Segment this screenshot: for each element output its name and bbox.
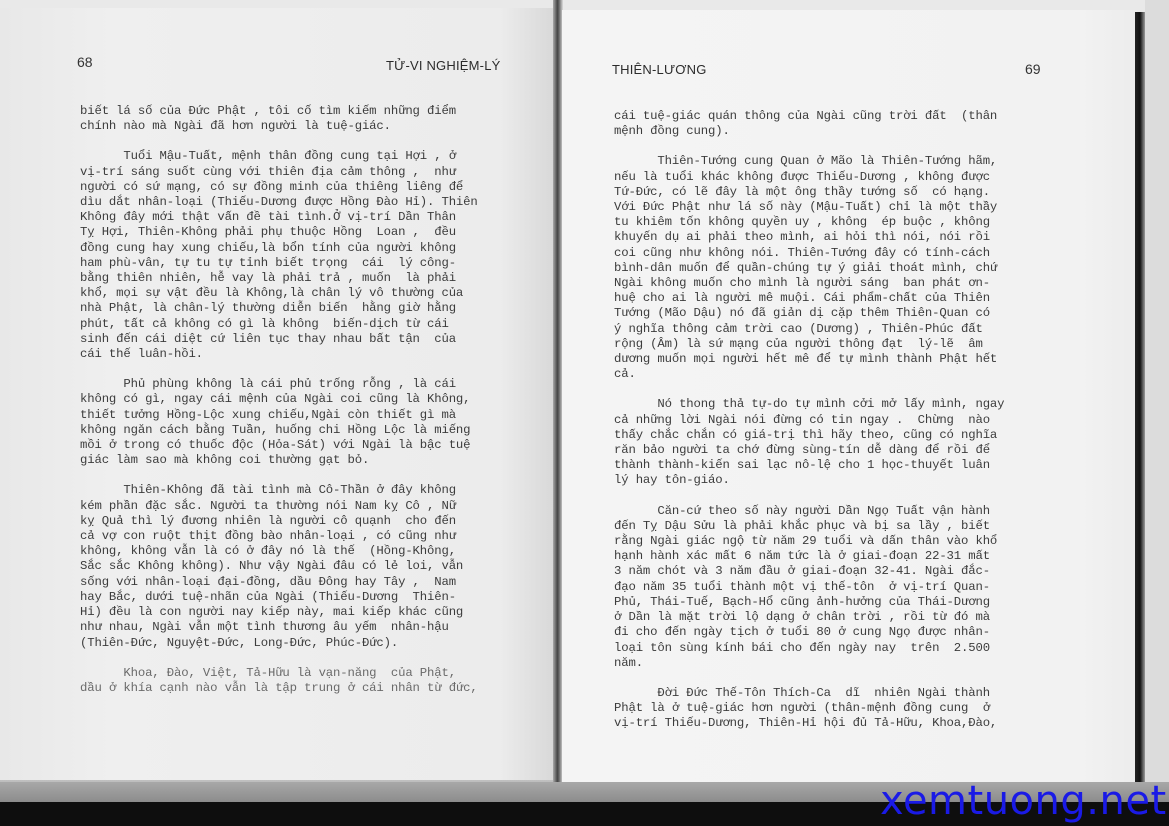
text-line: Sắc sắc Không không). Như vậy Ngài đâu c… bbox=[80, 559, 478, 574]
paragraph: Khoa, Đào, Việt, Tả-Hữu là vạn-năng của … bbox=[80, 666, 478, 696]
text-line: ham phù-vân, tự tu tự tỉnh biết trọng cá… bbox=[80, 256, 478, 271]
text-line: Khoa, Đào, Việt, Tả-Hữu là vạn-năng của … bbox=[80, 666, 478, 681]
text-line: đến Tỵ Dậu Sửu là phải khắc phục và bị s… bbox=[614, 519, 1004, 534]
text-line: tu khiêm tốn không quyền uy , không ép b… bbox=[614, 215, 1004, 230]
paragraph: biết lá số của Đức Phật , tôi cố tìm kiế… bbox=[80, 104, 478, 134]
text-line: lý hay tôn-giáo. bbox=[614, 473, 1004, 488]
text-line: rộng (Âm) là sứ mạng của người thông đạt… bbox=[614, 337, 1004, 352]
text-line: vị-trí sáng suốt cùng với thiên địa cảm … bbox=[80, 165, 478, 180]
paragraph: Nó thong thả tự-do tự mình cởi mở lấy mì… bbox=[614, 397, 1004, 488]
text-line: không, không vẫn là có ở đây nó là thế (… bbox=[80, 544, 478, 559]
text-line: Đời Đức Thế-Tôn Thích-Ca dĩ nhiên Ngài t… bbox=[614, 686, 1004, 701]
text-line: sống với nhân-loại đại-đồng, dầu Đông ha… bbox=[80, 575, 478, 590]
text-line: biết lá số của Đức Phật , tôi cố tìm kiế… bbox=[80, 104, 478, 119]
text-line: giác làm sao mà không coi thường gạt bỏ. bbox=[80, 453, 478, 468]
paragraph: Thiên-Tướng cung Quan ở Mão là Thiên-Tướ… bbox=[614, 154, 1004, 382]
text-line: huệ cho ai là người mê muội. Cái phẩm-ch… bbox=[614, 291, 1004, 306]
text-line: thấy chắc chắn có giá-trị thì hãy theo, … bbox=[614, 428, 1004, 443]
text-line: hay Bắc, dưới tuệ-nhãn của Ngài (Thiếu-D… bbox=[80, 590, 478, 605]
text-line: chính nào mà Ngài đã hơn người là tuệ-gi… bbox=[80, 119, 478, 134]
text-line: Tỵ Hợi, Thiên-Không phải phụ thuộc Hồng … bbox=[80, 225, 478, 240]
text-line: Phật là ở tuệ-giác hơn người (thân-mệnh … bbox=[614, 701, 1004, 716]
paragraph: Căn-cứ theo số này người Dần Ngọ Tuất vậ… bbox=[614, 504, 1004, 671]
left-running-head: TỬ-VI NGHIỆM-LÝ bbox=[386, 58, 501, 73]
text-line: Với Đức Phật như lá số này (Mậu-Tuất) ch… bbox=[614, 200, 1004, 215]
text-line: không có gì, ngay cái mệnh của Ngài coi … bbox=[80, 392, 478, 407]
text-line: đi cho đến ngày tịch ở tuổi 80 ở cung Ng… bbox=[614, 625, 1004, 640]
left-page-number: 68 bbox=[77, 54, 93, 70]
text-line: Ngài không muốn cho mình là người sáng b… bbox=[614, 276, 1004, 291]
text-line: sinh đến cái diệt cứ liên tục thay nhau … bbox=[80, 332, 478, 347]
text-line: Tướng (Mão Dậu) nó đã giản dị cặp thêm T… bbox=[614, 306, 1004, 321]
text-line: cái tuệ-giác quán thông của Ngài cũng tr… bbox=[614, 109, 1004, 124]
text-line: dầu ở khía cạnh nào vẫn là tập trung ở c… bbox=[80, 681, 478, 696]
text-line: bằng thiên nhiên, hễ vay là phải trả , m… bbox=[80, 271, 478, 286]
paragraph: Tuổi Mậu-Tuất, mệnh thân đồng cung tại H… bbox=[80, 149, 478, 362]
paragraph: Phủ phùng không là cái phủ trống rỗng , … bbox=[80, 377, 478, 468]
text-line: (Thiên-Đức, Nguyệt-Đức, Long-Đức, Phúc-Đ… bbox=[80, 636, 478, 651]
text-line: Nó thong thả tự-do tự mình cởi mở lấy mì… bbox=[614, 397, 1004, 412]
text-line: như nhau, Ngài vẫn một tình thương âu yế… bbox=[80, 620, 478, 635]
text-line: Phủ phùng không là cái phủ trống rỗng , … bbox=[80, 377, 478, 392]
text-line: người có sứ mạng, có sự đồng minh của th… bbox=[80, 180, 478, 195]
text-line: Tuổi Mậu-Tuất, mệnh thân đồng cung tại H… bbox=[80, 149, 478, 164]
text-line: mệnh đồng cung). bbox=[614, 124, 1004, 139]
text-line: Không đây mới thật vấn đề tài tình.Ở vị-… bbox=[80, 210, 478, 225]
text-line: bình-dân muốn để quần-chúng tự ý giải th… bbox=[614, 261, 1004, 276]
text-line: Hỉ) đều là con người nay kiếp này, mai k… bbox=[80, 605, 478, 620]
text-line: coi cũng như không nói. Thiên-Tướng đây … bbox=[614, 246, 1004, 261]
text-line: đạo năm 35 tuổi thành một vị thế-tôn ở v… bbox=[614, 580, 1004, 595]
scanner-margin bbox=[1145, 0, 1169, 790]
text-line: ý nghĩa thông cảm trời cao (Dương) , Thi… bbox=[614, 322, 1004, 337]
text-line: vị-trí Thiếu-Dương, Thiên-Hỉ hội đủ Tả-H… bbox=[614, 716, 1004, 731]
right-page-number: 69 bbox=[1025, 61, 1041, 77]
text-line: kỵ Quả thì lý đương nhiên là người cô qu… bbox=[80, 514, 478, 529]
text-line: ở Dần là mặt trời lộ dạng ở chân trời , … bbox=[614, 610, 1004, 625]
text-line: Thiên-Tướng cung Quan ở Mão là Thiên-Tướ… bbox=[614, 154, 1004, 169]
text-line: cả vợ con ruột thịt đồng bào nhân-loại ,… bbox=[80, 529, 478, 544]
text-line: 3 năm chót và 3 năm đầu ở giai-đoạn 32-4… bbox=[614, 564, 1004, 579]
left-page-body: biết lá số của Đức Phật , tôi cố tìm kiế… bbox=[80, 104, 478, 711]
paragraph: Thiên-Không đã tài tình mà Cô-Thần ở đây… bbox=[80, 483, 478, 650]
text-line: dương muốn mọi người hết mê để tự mình t… bbox=[614, 352, 1004, 367]
right-running-head: THIÊN-LƯƠNG bbox=[612, 62, 707, 77]
right-page: THIÊN-LƯƠNG 69 cái tuệ-giác quán thông c… bbox=[562, 10, 1137, 782]
text-line: Phủ, Thái-Tuế, Bạch-Hổ cũng ảnh-hưởng củ… bbox=[614, 595, 1004, 610]
text-line: cái thế luân-hồi. bbox=[80, 347, 478, 362]
text-line: khuyến dụ ai phải theo mình, ai hỏi thì … bbox=[614, 230, 1004, 245]
paragraph: cái tuệ-giác quán thông của Ngài cũng tr… bbox=[614, 109, 1004, 139]
watermark: xemtuong.net bbox=[880, 778, 1167, 824]
left-page: 68 TỬ-VI NGHIỆM-LÝ biết lá số của Đức Ph… bbox=[0, 8, 555, 780]
text-line: dìu dắt nhân-loại (Thiếu-Dương được Hồng… bbox=[80, 195, 478, 210]
text-line: nhà Phật, là chân-lý thường diễn biến hằ… bbox=[80, 301, 478, 316]
text-line: mồi ở trong có thuốc độc (Hỏa-Sát) với N… bbox=[80, 438, 478, 453]
text-line: đồng cung hay xung chiếu,là bổn tính của… bbox=[80, 241, 478, 256]
right-page-body: cái tuệ-giác quán thông của Ngài cũng tr… bbox=[614, 109, 1004, 747]
text-line: không ngăn cách bằng Tuần, huống chi Hồn… bbox=[80, 423, 478, 438]
text-line: phút, tất cả không có gì là không biến-d… bbox=[80, 317, 478, 332]
text-line: thiết tưởng Hồng-Lộc xung chiếu,Ngài còn… bbox=[80, 408, 478, 423]
paragraph: Đời Đức Thế-Tôn Thích-Ca dĩ nhiên Ngài t… bbox=[614, 686, 1004, 732]
text-line: rằng Ngài giác ngộ từ năm 29 tuổi và dấn… bbox=[614, 534, 1004, 549]
page-edge-shadow bbox=[1135, 12, 1145, 782]
text-line: thành thành-kiến sai lạc nô-lệ cho 1 học… bbox=[614, 458, 1004, 473]
text-line: Thiên-Không đã tài tình mà Cô-Thần ở đây… bbox=[80, 483, 478, 498]
text-line: Tứ-Đức, có lẽ đây là một ông thầy tướng … bbox=[614, 185, 1004, 200]
text-line: nếu là tuổi khác không được Thiếu-Dương … bbox=[614, 170, 1004, 185]
text-line: kém phần đặc sắc. Người ta thường nói Na… bbox=[80, 499, 478, 514]
text-line: loại tôn sùng kính bái cho đến ngày nay … bbox=[614, 641, 1004, 656]
text-line: Căn-cứ theo số này người Dần Ngọ Tuất vậ… bbox=[614, 504, 1004, 519]
text-line: khổ, mọi sự vật đều là Không,là chân lý … bbox=[80, 286, 478, 301]
text-line: cả. bbox=[614, 367, 1004, 382]
text-line: năm. bbox=[614, 656, 1004, 671]
text-line: răn bảo người ta chớ đừng sùng-tín dễ dà… bbox=[614, 443, 1004, 458]
text-line: hạnh hành xác mất 6 năm tức là ở giai-đo… bbox=[614, 549, 1004, 564]
text-line: cả những lời Ngài nói đừng có tin ngay .… bbox=[614, 413, 1004, 428]
